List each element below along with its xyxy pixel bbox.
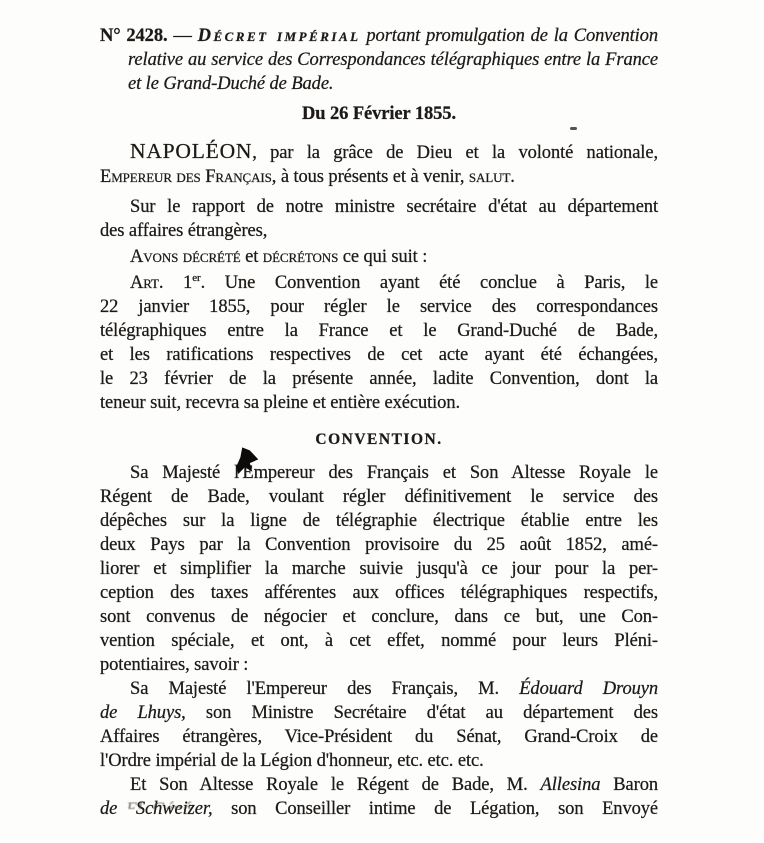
convention-p2-line-3: Affaires étrangères, Vice-Président du S… — [100, 725, 658, 749]
decretons-smallcaps: décrétons — [263, 247, 338, 267]
avons-decrete-smallcaps: Avons décrété — [130, 247, 241, 267]
salut-smallcaps: salut. — [469, 167, 515, 187]
date-line: Du 26 Février 1855. — [100, 102, 658, 126]
rapport-line-2: des affaires étrangères, — [100, 219, 658, 243]
plenipotentiary-baden-name: Allesina — [541, 775, 601, 795]
article1-line-5: le 23 février de la présente année, ladi… — [100, 367, 658, 391]
rapport-line-1: Sur le rapport de notre ministre secréta… — [100, 195, 658, 219]
avons-decrete-line: Avons décrété et décrétons ce qui suit : — [100, 245, 658, 269]
preamble-line-2: Empereur des Français, à tous présents e… — [100, 165, 658, 189]
avons-rest: ce qui suit : — [343, 247, 428, 267]
article1-line-1: Art. 1er. Une Convention ayant été concl… — [100, 271, 658, 295]
cutoff-line-fragment: El. Géné — [126, 800, 236, 809]
decree-number: N° 2428. — [100, 26, 168, 46]
article1-line-6: teneur suit, recevra sa pleine et entièr… — [100, 391, 658, 415]
convention-p1-line-6: ception des taxes afférentes aux offices… — [100, 581, 658, 605]
convention-p1-line-1: Sa Majesté l'Empereur des Français et So… — [100, 461, 658, 485]
decree-type: Décret impérial — [198, 26, 361, 46]
convention-p3-line-1: Et Son Altesse Royale le Régent de Bade,… — [100, 773, 658, 797]
article1-label: Art. 1 — [130, 273, 192, 293]
convention-p1-line-8: vention spéciale, et ont, à cet effet, n… — [100, 629, 658, 653]
convention-p2-line-4: l'Ordre impérial de la Légion d'honneur,… — [100, 749, 658, 773]
napoleon-name: NAPOLÉON — [130, 139, 252, 163]
convention-p1-line-4: deux Pays par la Convention provisoire d… — [100, 533, 658, 557]
em-dash: — — [173, 26, 191, 46]
convention-p3-line-1-plain: Et Son Altesse Royale le Régent de Bade,… — [130, 775, 528, 795]
convention-p2-line-2: de Lhuys, son Ministre Secrétaire d'état… — [100, 701, 658, 725]
heading-line-1-rest: portant promulgation de la Convention — [366, 26, 658, 46]
heading-line-1: N° 2428. — Décret impérial portant promu… — [100, 24, 658, 48]
convention-p1-line-5: liorer et simplifier la marche suivie ju… — [100, 557, 658, 581]
plenipotentiary-france-name: Édouard Drouyn — [519, 679, 658, 699]
convention-p1-line-7: sont convenus de négocier et conclure, d… — [100, 605, 658, 629]
article1-line-1-rest: . Une Convention ayant été conclue à Par… — [201, 273, 658, 293]
scanned-document-page: N° 2428. — Décret impérial portant promu… — [0, 0, 764, 843]
plenipotentiary-france-name-cont: de Lhuys, — [100, 703, 186, 723]
ink-speck-artifact — [570, 127, 577, 130]
convention-p1-line-9: potentiaires, savoir : — [100, 653, 658, 677]
preamble-line-1-rest: , par la grâce de Dieu et la volonté nat… — [252, 143, 658, 163]
convention-heading: CONVENTION. — [100, 428, 658, 452]
heading-line-2: relative au service des Correspondances … — [100, 48, 658, 72]
convention-p3-line-2-plain: son Conseiller intime de Légation, son E… — [231, 799, 658, 819]
preamble-line-1: NAPOLÉON, par la grâce de Dieu et la vol… — [100, 139, 658, 165]
convention-p2-line-1-plain: Sa Majesté l'Empereur des Français, M. — [130, 679, 499, 699]
avons-mid: et — [245, 247, 258, 267]
heading-line-3: et le Grand-Duché de Bade. — [100, 72, 658, 96]
convention-p2-line-1: Sa Majesté l'Empereur des Français, M. É… — [100, 677, 658, 701]
convention-p2-line-2-plain: son Ministre Secrétaire d'état au départ… — [206, 703, 658, 723]
article1-line-4: et les ratifications respectives de cet … — [100, 343, 658, 367]
convention-p1-line-2: Régent de Bade, voulant régler définitiv… — [100, 485, 658, 509]
article1-line-2: 22 janvier 1855, pour régler le service … — [100, 295, 658, 319]
convention-p1-line-3: dépêches sur la ligne de télégraphie éle… — [100, 509, 658, 533]
article1-line-3: télégraphiques entre la France et le Gra… — [100, 319, 658, 343]
article1-superscript: er — [192, 272, 200, 284]
text-column: N° 2428. — Décret impérial portant promu… — [100, 24, 658, 821]
empereur-smallcaps: Empereur des Français — [100, 167, 272, 187]
convention-p3-line-1-end: Baron — [613, 775, 658, 795]
preamble-line-2-mid: , à tous présents et à venir, — [272, 167, 465, 187]
